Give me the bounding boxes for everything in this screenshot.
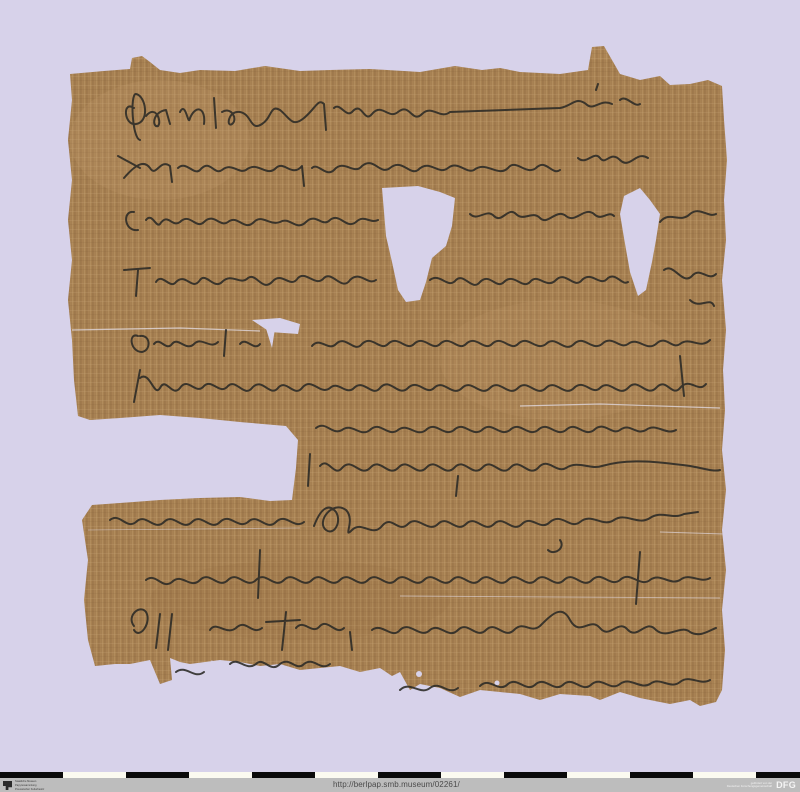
dfg-funding-mark: gefördert von der Deutschen Forschungsge… [727, 779, 796, 791]
papyrus-photograph [0, 0, 800, 770]
logo-line: Preussischer Kulturbesitz [15, 788, 44, 791]
footer-bar: Staatliche Museen Papyrussammlung Preuss… [0, 778, 800, 792]
funding-text: gefördert von der Deutschen Forschungsge… [727, 782, 772, 789]
museum-logo-text: Staatliche Museen Papyrussammlung Preuss… [15, 780, 44, 791]
staatliche-museen-logo-icon [3, 781, 12, 790]
museum-logo: Staatliche Museen Papyrussammlung Preuss… [3, 780, 44, 791]
dfg-logo-icon: DFG [776, 779, 796, 791]
logo-line: Papyrussammlung [15, 784, 44, 787]
logo-line: Staatliche Museen [15, 780, 44, 783]
source-url: http://berlpap.smb.museum/02261/ [333, 779, 460, 791]
funding-line: Deutschen Forschungsgemeinschaft [727, 785, 772, 788]
papyrus-fragment [0, 0, 800, 770]
